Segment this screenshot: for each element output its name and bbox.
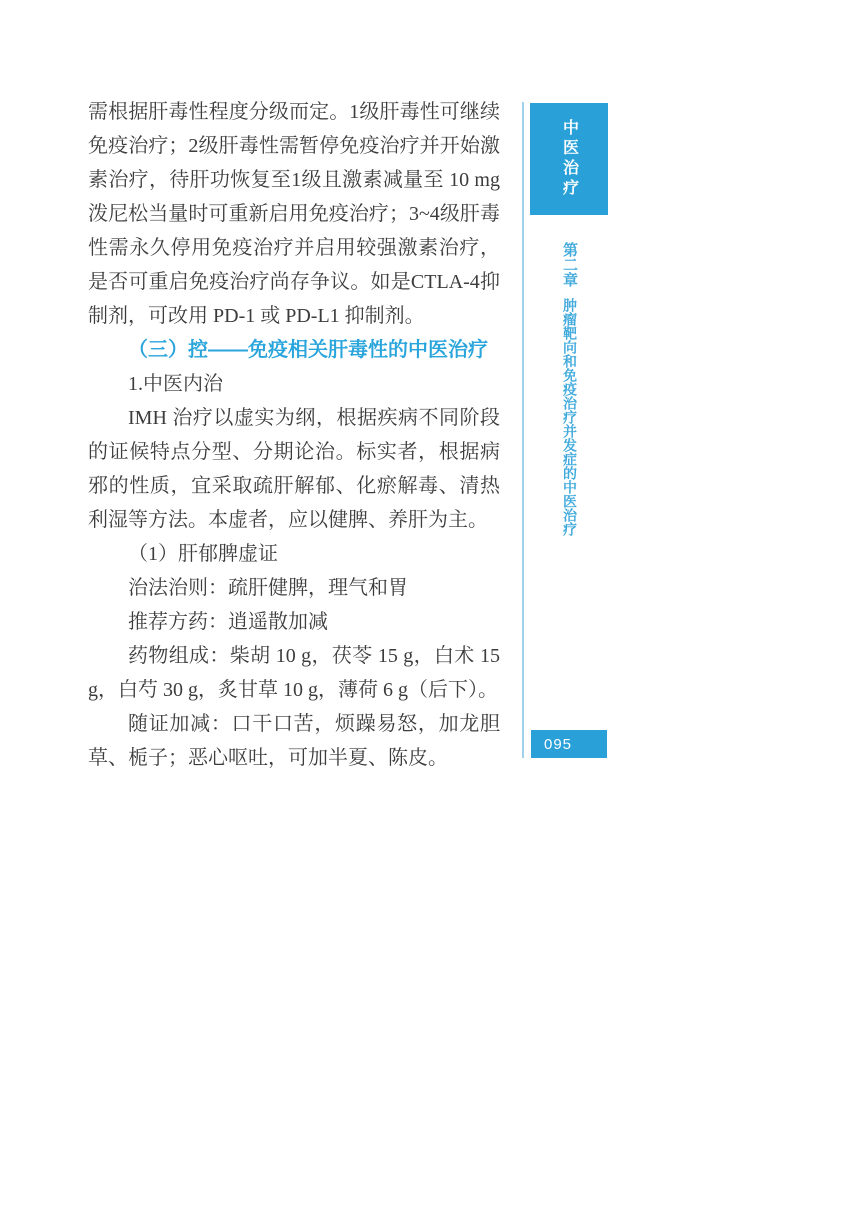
section-heading: （三）控——免疫相关肝毒性的中医治疗 [88, 333, 500, 367]
main-text-column: 需根据肝毒性程度分级而定。1级肝毒性可继续免疫治疗；2级肝毒性需暂停免疫治疗并开… [88, 95, 500, 775]
body-paragraph: IMH 治疗以虚实为纲，根据疾病不同阶段的证候特点分型、分期论治。标实者，根据病… [88, 401, 500, 537]
body-paragraph: 推荐方药：逍遥散加减 [88, 605, 500, 639]
page-number: 095 [531, 736, 572, 753]
page-number-badge: 095 [531, 730, 607, 758]
chapter-title-label: 肿瘤靶向和免疫治疗并发症的中医治疗 [550, 298, 580, 536]
section-tab: 中医治疗 [530, 103, 608, 215]
body-paragraph: 需根据肝毒性程度分级而定。1级肝毒性可继续免疫治疗；2级肝毒性需暂停免疫治疗并开… [88, 95, 500, 333]
body-paragraph: 1.中医内治 [88, 367, 500, 401]
body-paragraph: （1）肝郁脾虚证 [88, 537, 500, 571]
body-paragraph: 随证加减：口干口苦，烦躁易怒，加龙胆草、栀子；恶心呕吐，可加半夏、陈皮。 [88, 707, 500, 775]
section-tab-label: 中医治疗 [558, 119, 581, 199]
body-paragraph: 药物组成：柴胡 10 g，茯苓 15 g，白术 15 g，白芍 30 g，炙甘草… [88, 639, 500, 707]
body-paragraph: 治法治则：疏肝健脾，理气和胃 [88, 571, 500, 605]
sidebar-divider-line [522, 102, 524, 758]
chapter-number-label: 第二章 [550, 242, 580, 287]
book-page: 需根据肝毒性程度分级而定。1级肝毒性可继续免疫治疗；2级肝毒性需暂停免疫治疗并开… [0, 0, 867, 1218]
